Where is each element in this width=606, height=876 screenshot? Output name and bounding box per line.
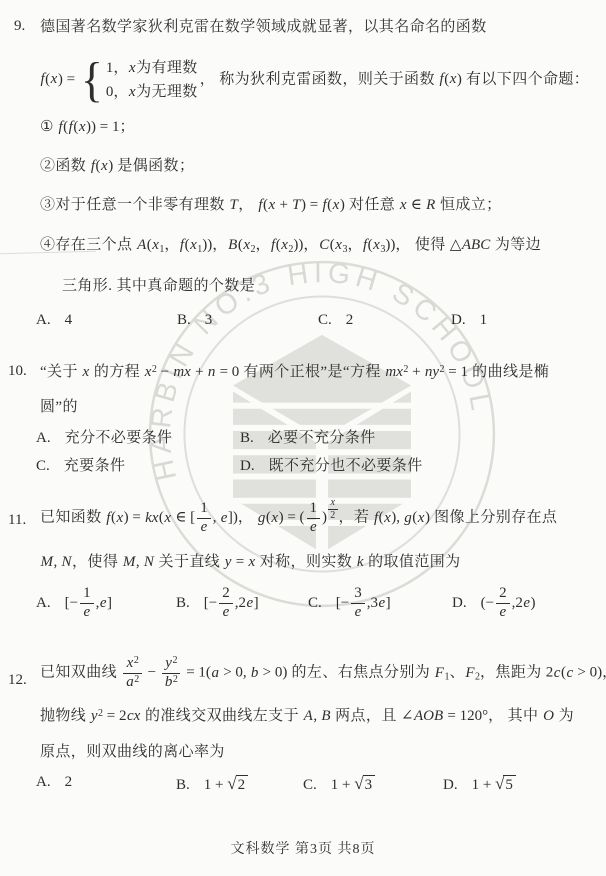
q9-proposition-2: ②函数 f(x) 是偶函数； <box>40 157 194 176</box>
q10-option-b-value: 必要不充分条件 <box>268 430 376 446</box>
q10-option-c-value: 充要条件 <box>64 458 126 474</box>
q12-option-b-label: B. <box>176 777 190 793</box>
q12-line-1: 已知双曲线 x2a2 − y2b2 = 1(a > 0, b > 0) 的左、右… <box>40 656 606 691</box>
q10-option-b-label: B. <box>240 430 254 446</box>
q12-option-b: B.1 + √2 <box>176 773 248 795</box>
q9-proposition-4: ④存在三个点 A(x1，f(x1))，B(x2，f(x2))，C(x3，f(x3… <box>40 236 541 255</box>
q9-option-a-value: 4 <box>65 312 73 328</box>
q11-option-b: B.[−2e,2e] <box>176 586 259 621</box>
q12-option-c-label: C. <box>303 777 317 793</box>
q9-formula: f(x) = {1，x为有理数0，x为无理数， 称为狄利克雷函数，则关于函数 f… <box>40 56 589 104</box>
q12-line-3: 原点，则双曲线的离心率为 <box>40 743 225 762</box>
q9-option-c: C.2 <box>318 311 353 330</box>
q11-option-c-value: [−3e,3e] <box>336 595 391 611</box>
q11-line-1: 已知函数 f(x) = kx(x ∈ [1e, e])， g(x) = (1e)… <box>40 498 557 535</box>
q9-option-c-value: 2 <box>346 312 354 328</box>
q10-line-1: “关于 x 的方程 x2 − mx + n = 0 有两个正根”是“方程 mx2… <box>40 363 549 382</box>
q9-option-b: B.3 <box>177 311 212 330</box>
q9-option-d: D.1 <box>451 311 487 330</box>
q12-option-c: C.1 + √3 <box>303 773 375 795</box>
q12-option-c-value: 1 + √3 <box>331 777 375 793</box>
q10-line-2: 圆”的 <box>40 398 78 417</box>
q12-option-a-label: A. <box>36 774 51 790</box>
q9-intro: 德国著名数学家狄利克雷在数学领域成就显著，以其名命名的函数 <box>40 18 487 37</box>
page-footer: 文科数学 第3页 共8页 <box>0 838 606 858</box>
q11-line-2: M, N，使得 M, N 关于直线 y = x 对称，则实数 k 的取值范围为 <box>40 553 461 572</box>
q10-option-a: A.充分不必要条件 <box>36 429 172 448</box>
q11-number: 11. <box>8 512 26 529</box>
q12-option-d: D.1 + √5 <box>443 773 516 795</box>
q10-option-c: C.充要条件 <box>36 457 125 476</box>
q11-option-a-value: [−1e,e] <box>65 595 112 611</box>
q10-option-d-label: D. <box>240 458 255 474</box>
q9-option-b-label: B. <box>177 312 191 328</box>
q9-option-a: A.4 <box>36 311 72 330</box>
q10-option-d: D.既不充分也不必要条件 <box>240 457 423 476</box>
q12-option-a: A.2 <box>36 773 72 792</box>
q10-option-c-label: C. <box>36 458 50 474</box>
q10-option-b: B.必要不充分条件 <box>240 429 376 448</box>
q9-option-d-value: 1 <box>480 312 488 328</box>
q9-number: 9. <box>14 18 25 35</box>
q11-option-d-value: (−2e,2e) <box>481 595 536 611</box>
q10-option-d-value: 既不充分也不必要条件 <box>269 458 423 474</box>
q12-option-d-label: D. <box>443 777 458 793</box>
q10-option-a-label: A. <box>36 430 51 446</box>
q9-proposition-3: ③对于任意一个非零有理数 T， f(x + T) = f(x) 对任意 x ∈ … <box>40 196 502 215</box>
q11-option-c: C.[−3e,3e] <box>308 586 391 621</box>
q9-tail: 三角形. 其中真命题的个数是 <box>62 277 255 296</box>
q11-option-b-label: B. <box>176 595 190 611</box>
q12-number: 12. <box>8 672 27 689</box>
q12-option-a-value: 2 <box>65 774 73 790</box>
q11-option-c-label: C. <box>308 595 322 611</box>
q10-option-a-value: 充分不必要条件 <box>65 430 173 446</box>
q11-option-b-value: [−2e,2e] <box>204 595 259 611</box>
q9-option-d-label: D. <box>451 312 466 328</box>
q9-option-c-label: C. <box>318 312 332 328</box>
q12-line-2: 抛物线 y2 = 2cx 的准线交双曲线左支于 A, B 两点，且 ∠AOB =… <box>40 707 574 726</box>
q10-number: 10. <box>8 363 27 380</box>
q9-proposition-1: ① f(f(x)) = 1； <box>40 118 135 137</box>
exam-page: HARBIN NO.3 HIGH SCHOOL 9. 德国著名数学家狄利克雷在数… <box>0 0 606 876</box>
q11-option-a-label: A. <box>36 595 51 611</box>
q11-option-d-label: D. <box>452 595 467 611</box>
q9-option-a-label: A. <box>36 312 51 328</box>
q9-option-b-value: 3 <box>205 312 213 328</box>
q11-option-a: A.[−1e,e] <box>36 586 112 621</box>
q11-option-d: D.(−2e,2e) <box>452 586 535 621</box>
q12-option-b-value: 1 + √2 <box>204 777 248 793</box>
q12-option-d-value: 1 + √5 <box>472 777 516 793</box>
